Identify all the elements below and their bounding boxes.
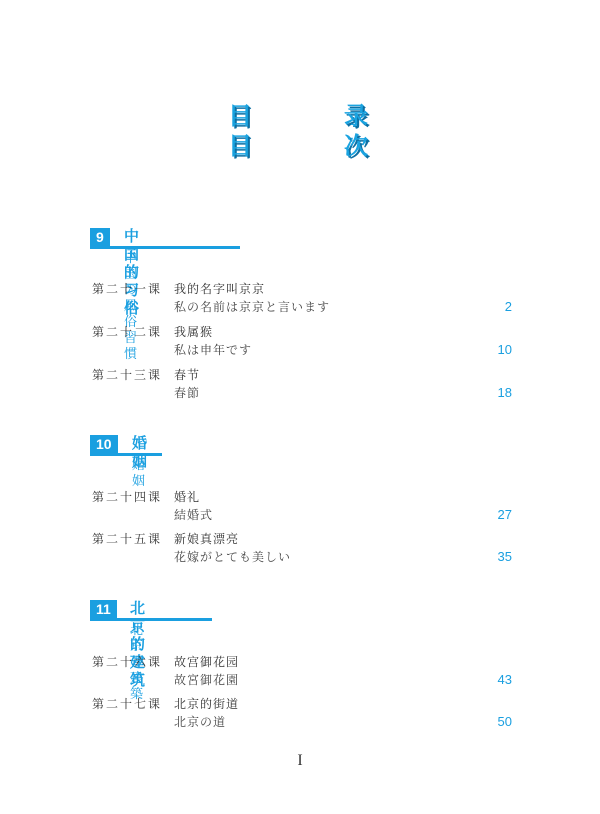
lesson-title-jp: 春節 bbox=[174, 385, 200, 401]
title-char-moku: 目 bbox=[228, 133, 252, 159]
lesson-page-number: 35 bbox=[498, 549, 512, 565]
title-char-lu: 录 bbox=[344, 103, 368, 129]
lesson-title-cn: 新娘真漂亮 bbox=[174, 531, 239, 547]
lesson-label: 第二十五课 bbox=[92, 531, 162, 547]
unit-number-badge: 11 bbox=[90, 600, 117, 618]
lesson-row[interactable]: 第二十五课 新娘真漂亮 花嫁がとても美しい 35 bbox=[92, 531, 512, 567]
lesson-title-jp: 花嫁がとても美しい bbox=[174, 549, 291, 565]
lesson-page-number: 27 bbox=[498, 507, 512, 523]
unit-number-badge: 10 bbox=[90, 435, 118, 453]
lesson-label: 第二十二课 bbox=[92, 324, 162, 340]
lesson-label: 第二十六课 bbox=[92, 654, 162, 670]
unit-underline-bar bbox=[90, 618, 212, 621]
lesson-page-number: 10 bbox=[498, 342, 512, 358]
lesson-title-jp: 私の名前は京京と言います bbox=[174, 299, 330, 315]
lesson-title-cn: 故宫御花园 bbox=[174, 654, 239, 670]
lesson-title-cn: 我的名字叫京京 bbox=[174, 281, 265, 297]
lesson-row[interactable]: 第二十四课 婚礼 結婚式 27 bbox=[92, 489, 512, 525]
lesson-label: 第二十三课 bbox=[92, 367, 162, 383]
lesson-page-number: 50 bbox=[498, 714, 512, 730]
lesson-row[interactable]: 第二十一课 我的名字叫京京 私の名前は京京と言います 2 bbox=[92, 281, 512, 317]
lesson-label: 第二十七课 bbox=[92, 696, 162, 712]
title-char-mu: 目 bbox=[228, 103, 252, 129]
lesson-title-cn: 北京的街道 bbox=[174, 696, 239, 712]
toc-title: 目 录 目 次 bbox=[228, 99, 370, 161]
lesson-title-jp: 故宮御花園 bbox=[174, 672, 239, 688]
lesson-title-cn: 婚礼 bbox=[174, 489, 200, 505]
unit-subtitle: 婚姻 bbox=[132, 458, 147, 490]
lesson-label: 第二十四课 bbox=[92, 489, 162, 505]
lesson-page-number: 43 bbox=[498, 672, 512, 688]
unit-number-badge: 9 bbox=[90, 228, 110, 246]
title-char-ji: 次 bbox=[344, 133, 368, 159]
lesson-page-number: 18 bbox=[498, 385, 512, 401]
unit-underline-bar bbox=[90, 246, 240, 249]
lesson-row[interactable]: 第二十二课 我属猴 私は申年です 10 bbox=[92, 324, 512, 360]
lesson-title-jp: 結婚式 bbox=[174, 507, 213, 523]
lesson-page-number: 2 bbox=[505, 299, 512, 315]
lesson-label: 第二十一课 bbox=[92, 281, 162, 297]
lesson-title-jp: 私は申年です bbox=[174, 342, 252, 358]
lesson-title-jp: 北京の道 bbox=[174, 714, 226, 730]
lesson-title-cn: 春节 bbox=[174, 367, 200, 383]
unit-underline-bar bbox=[90, 453, 162, 456]
lesson-row[interactable]: 第二十三课 春节 春節 18 bbox=[92, 367, 512, 403]
lesson-title-cn: 我属猴 bbox=[174, 324, 213, 340]
lesson-row[interactable]: 第二十六课 故宫御花园 故宮御花園 43 bbox=[92, 654, 512, 690]
lesson-row[interactable]: 第二十七课 北京的街道 北京の道 50 bbox=[92, 696, 512, 732]
page-number: I bbox=[0, 752, 600, 770]
